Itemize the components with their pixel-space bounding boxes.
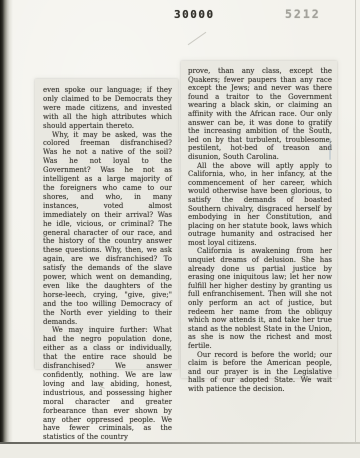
scanned-document-page: 30000 5212 even spoke our language; if t…: [0, 0, 360, 458]
scan-backing-bottom: [0, 444, 360, 458]
article-paragraph: All the above will aptly apply to Califo…: [188, 162, 332, 248]
newspaper-clipping-left-column: even spoke our language; if they only cl…: [35, 79, 178, 369]
article-paragraph: prove, than any class, except the Quaker…: [188, 67, 332, 162]
page-number-stamp: 5212: [285, 7, 321, 21]
article-paragraph: We may inquire further: What had the neg…: [43, 326, 172, 442]
pencil-mark: [329, 138, 331, 160]
article-paragraph: Our record is before the world; our clai…: [188, 351, 332, 394]
scan-edge-left: [0, 0, 13, 444]
scan-edge-right: [355, 0, 356, 442]
scratch-mark: [188, 32, 207, 45]
article-paragraph: California is awakening from her unquiet…: [188, 247, 332, 350]
article-paragraph: even spoke our language; if they only cl…: [43, 86, 172, 131]
article-paragraph: Why, it may be asked, was the colored fr…: [43, 131, 172, 327]
serial-number-stamp: 30000: [174, 8, 215, 21]
newspaper-clipping-right-column: prove, than any class, except the Quaker…: [181, 61, 337, 378]
